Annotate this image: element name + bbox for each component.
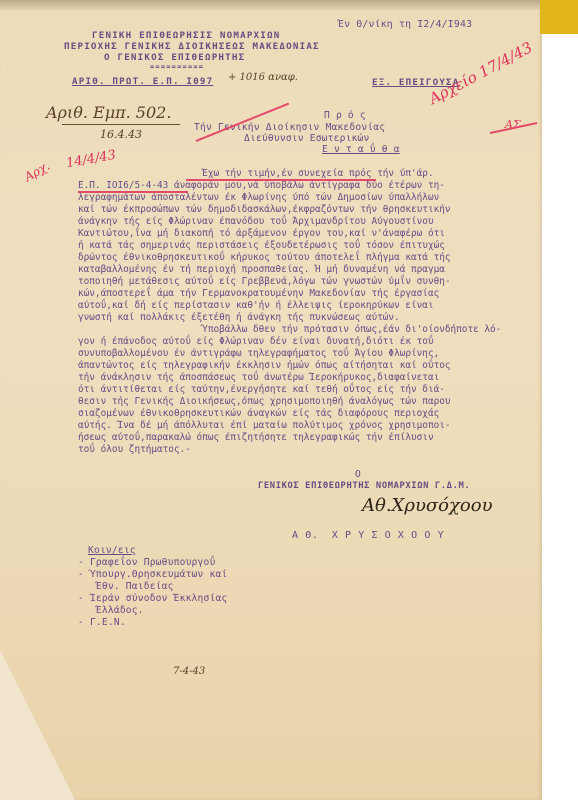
body-line: αύτοΰ,καί δή είς περίστασιν καθ'ήν ή έλλ…	[78, 300, 434, 312]
closing-article: Ο	[355, 469, 361, 481]
closing-title: ΓΕΝΙΚΟΣ ΕΠΙΘΕΩΡΗΤΗΣ ΝΟΜΑΡΧΙΩΝ Γ.Δ.Μ.	[258, 481, 470, 493]
body-line: άπαντώντος είς τηλεγραφικήν έκκλησιν ήμώ…	[78, 360, 451, 372]
cc-item: - Ίεράν σύνοδον Έκκλησίας	[78, 593, 227, 605]
body-line: τοποιηθή μετάθεσις αύτοΰ είς Γρεββενά,λό…	[78, 276, 451, 288]
cc-heading: Κοιν/εις	[88, 545, 136, 557]
body-line: θεσιν τής Γενικής Διοικήσεως,όπως χρησιμ…	[78, 396, 451, 408]
body-line: ότι άντιτίθεται είς ταύτην,ένεργήσητε κα…	[78, 384, 445, 396]
body-line: τοΰ όλου ζητήματος.-	[78, 444, 191, 456]
body-line: ή κατά τάς σημερινάς περιστάσεις έξουδετ…	[78, 240, 445, 252]
registry-underline	[62, 124, 180, 125]
yellow-folder-tab	[540, 0, 578, 34]
protocol-number: ΑΡΙΘ. ΠΡΩΤ. Ε.Π. Ι097	[72, 76, 213, 88]
signature: Αθ.Χρυσόχοου	[362, 495, 493, 516]
recipient-line-3: Ε ν τ α ΰ θ α	[322, 144, 400, 156]
signatory-name: Α Θ. Χ Ρ Υ Σ Ο Χ Ο Ο Υ	[292, 530, 444, 542]
body-line: καί τών έκπροσώπων τών δημοδιδασκάλων,έκ…	[78, 204, 451, 216]
handwritten-bottom-date: 7-4-43	[173, 666, 205, 677]
body-line: κών,άποστερεΐ άμα τήν Γερμανοκρατουμένην…	[78, 288, 439, 300]
letterhead-divider: ==========	[150, 62, 204, 74]
body-line: τήν άνάκλησιν τής άποσπάσεως τοΰ άνωτέρω…	[78, 372, 439, 384]
body-line: γον ή έπάνοδος αύτοΰ είς Φλώριναν δέν εί…	[78, 336, 434, 348]
red-underline-reference	[78, 191, 188, 193]
recipient-line-2: Διεύθυνσιν Εσωτερικών	[244, 133, 370, 145]
body-line: Ύποβάλλω δθεν τήν πρότασιν όπως,έάν δι'ο…	[78, 324, 501, 336]
letterhead-line-1: ΓΕΝΙΚΗ ΕΠΙΘΕΩΡΗΣΙΣ ΝΟΜΑΡΧΙΩΝ	[92, 30, 280, 42]
protocol-handwritten-note: + 1016 αναφ.	[228, 72, 298, 83]
body-line: καταβαλλομένης έν τή περιοχή προσπαθείας…	[78, 264, 445, 276]
letterhead-line-2: ΠΕΡΙΟΧΗΣ ΓΕΝΙΚΗΣ ΔΙΟΙΚΗΣΕΩΣ ΜΑΚΕΔΟΝΙΑΣ	[64, 41, 320, 53]
body-line: γνωστή καί πολλάκις έξετέθη ή άνάγκη τής…	[78, 312, 400, 324]
cc-item: Έλλάδος.	[78, 605, 144, 617]
body-line: άνάγκην τής είς Φλώριναν έπανόδου τοΰ Άρ…	[78, 216, 434, 228]
body-line: σιαζομένων έθνικοθρησκευτικών άναγκών εί…	[78, 408, 439, 420]
cc-item: Έθν. Παιδείας	[78, 581, 174, 593]
handwritten-registry-number: Αριθ. Εμπ. 502.	[46, 103, 171, 122]
cc-item: - Γραφεΐον Πρωθυπουργοΰ	[78, 557, 215, 569]
body-line: λεγραφημάτων άποσταλέντων έκ Φλωρίνης ύπ…	[78, 192, 439, 204]
cc-item: - Γ.Ε.Ν.	[78, 617, 126, 629]
place-date: Έν Θ/νίκη τη Ι2/4/Ι943	[338, 19, 472, 31]
body-line: δρώντος έθνικοθρησκευτικοΰ κήρυκος τούτο…	[78, 252, 451, 264]
body-line: ήσεως αύτοΰ,παρακαλώ όπως έπιζητήσητε τη…	[78, 432, 434, 444]
page-top-edge	[0, 0, 542, 10]
red-underline-body	[186, 179, 376, 181]
recipient-pros: Π ρ ό ς	[324, 110, 366, 122]
handwritten-registry-date: 16.4.43	[100, 128, 142, 141]
body-line: αύτής. Ίνα δέ μή άπόλλυται έπί ματαίω πο…	[78, 420, 451, 432]
cc-item: - Ύπουργ.Θρησκευμάτων καί	[78, 569, 227, 581]
body-line: συνυποβαλλομένου έν άντιγράφω τηλεγραφήμ…	[78, 348, 439, 360]
body-line: Καντιώτου,ΐνα μή διακοπή τό άρξάμενον έρ…	[78, 228, 445, 240]
